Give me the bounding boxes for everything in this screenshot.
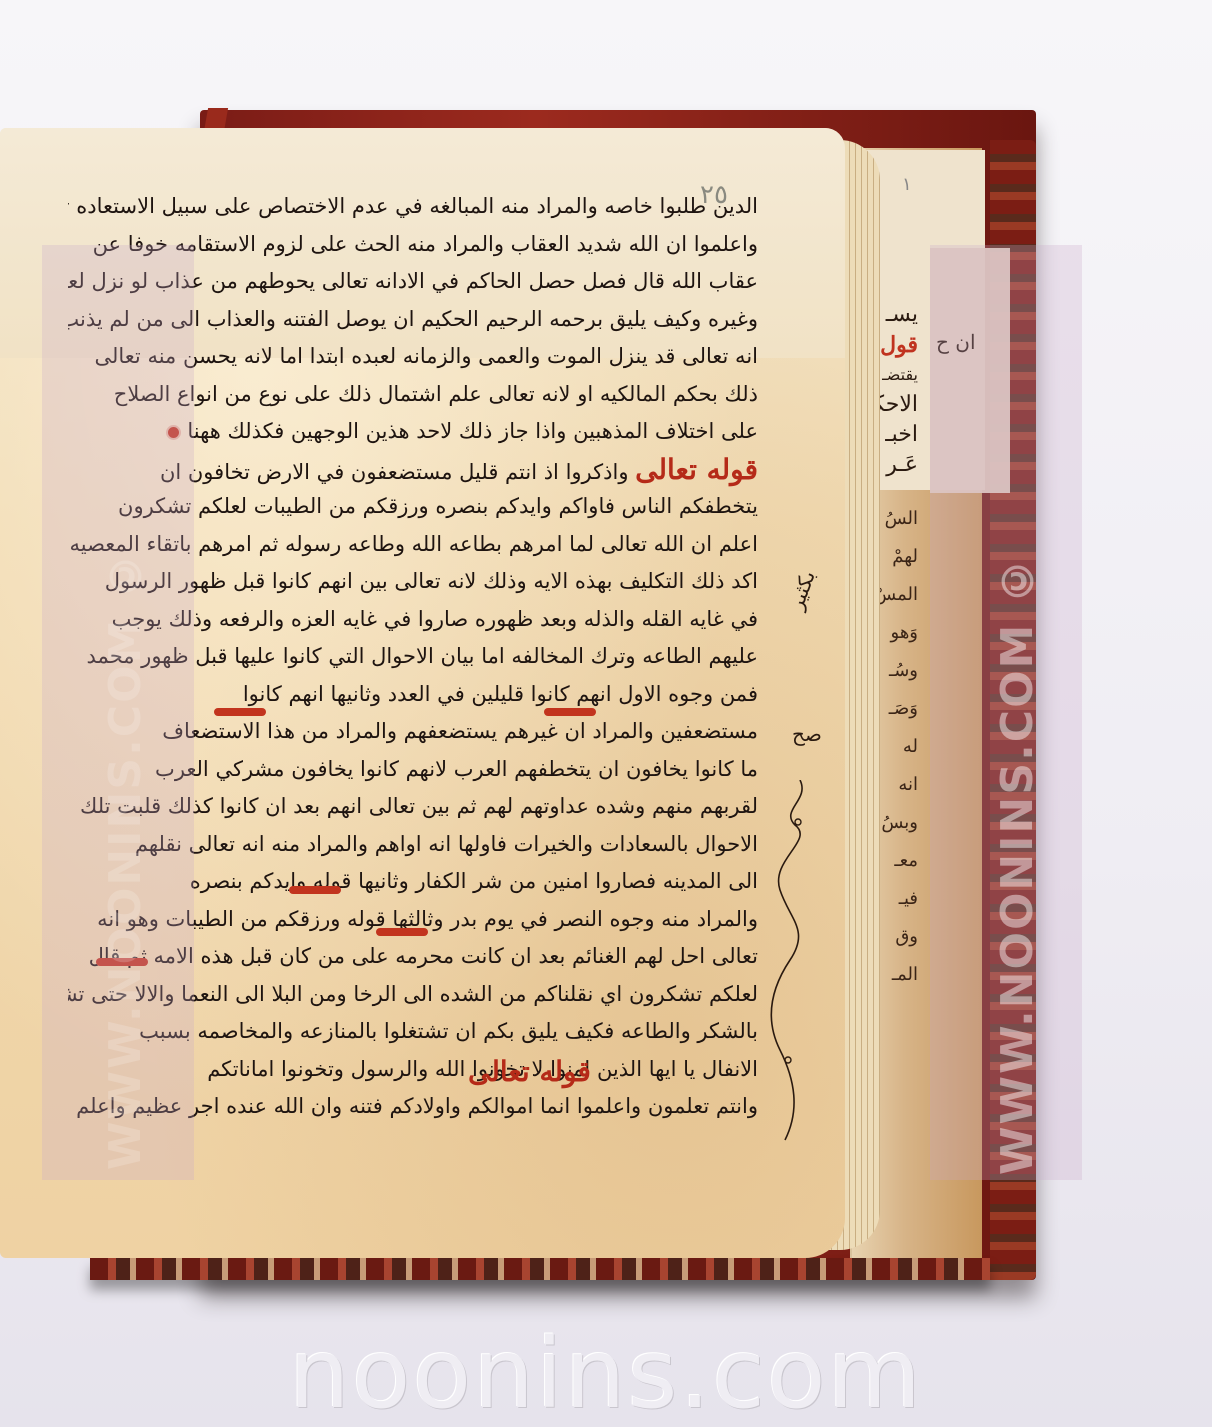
rubric-overline bbox=[214, 708, 266, 716]
rubric-heading-lower: قوله تعالى bbox=[468, 1055, 591, 1088]
margin-wavy-line bbox=[760, 780, 820, 1160]
rubric-overline bbox=[544, 708, 596, 716]
rubric-overline bbox=[289, 886, 341, 894]
rubric-overline bbox=[376, 928, 428, 936]
watermark-bottom: noonins.com bbox=[0, 1318, 1212, 1427]
watermark-vertical-right: WWW.NOONINS.COM © bbox=[992, 255, 1043, 1175]
margin-note: صح bbox=[792, 722, 822, 746]
binding-bottom-edge bbox=[90, 1258, 990, 1280]
watermark-vertical-left: WWW.NOONINS.COM © bbox=[100, 260, 151, 1170]
rubric-heading: قوله تعالى bbox=[635, 453, 758, 486]
text-line: الدين طلبوا خاصه والمراد منه المبالغه في… bbox=[68, 188, 758, 226]
